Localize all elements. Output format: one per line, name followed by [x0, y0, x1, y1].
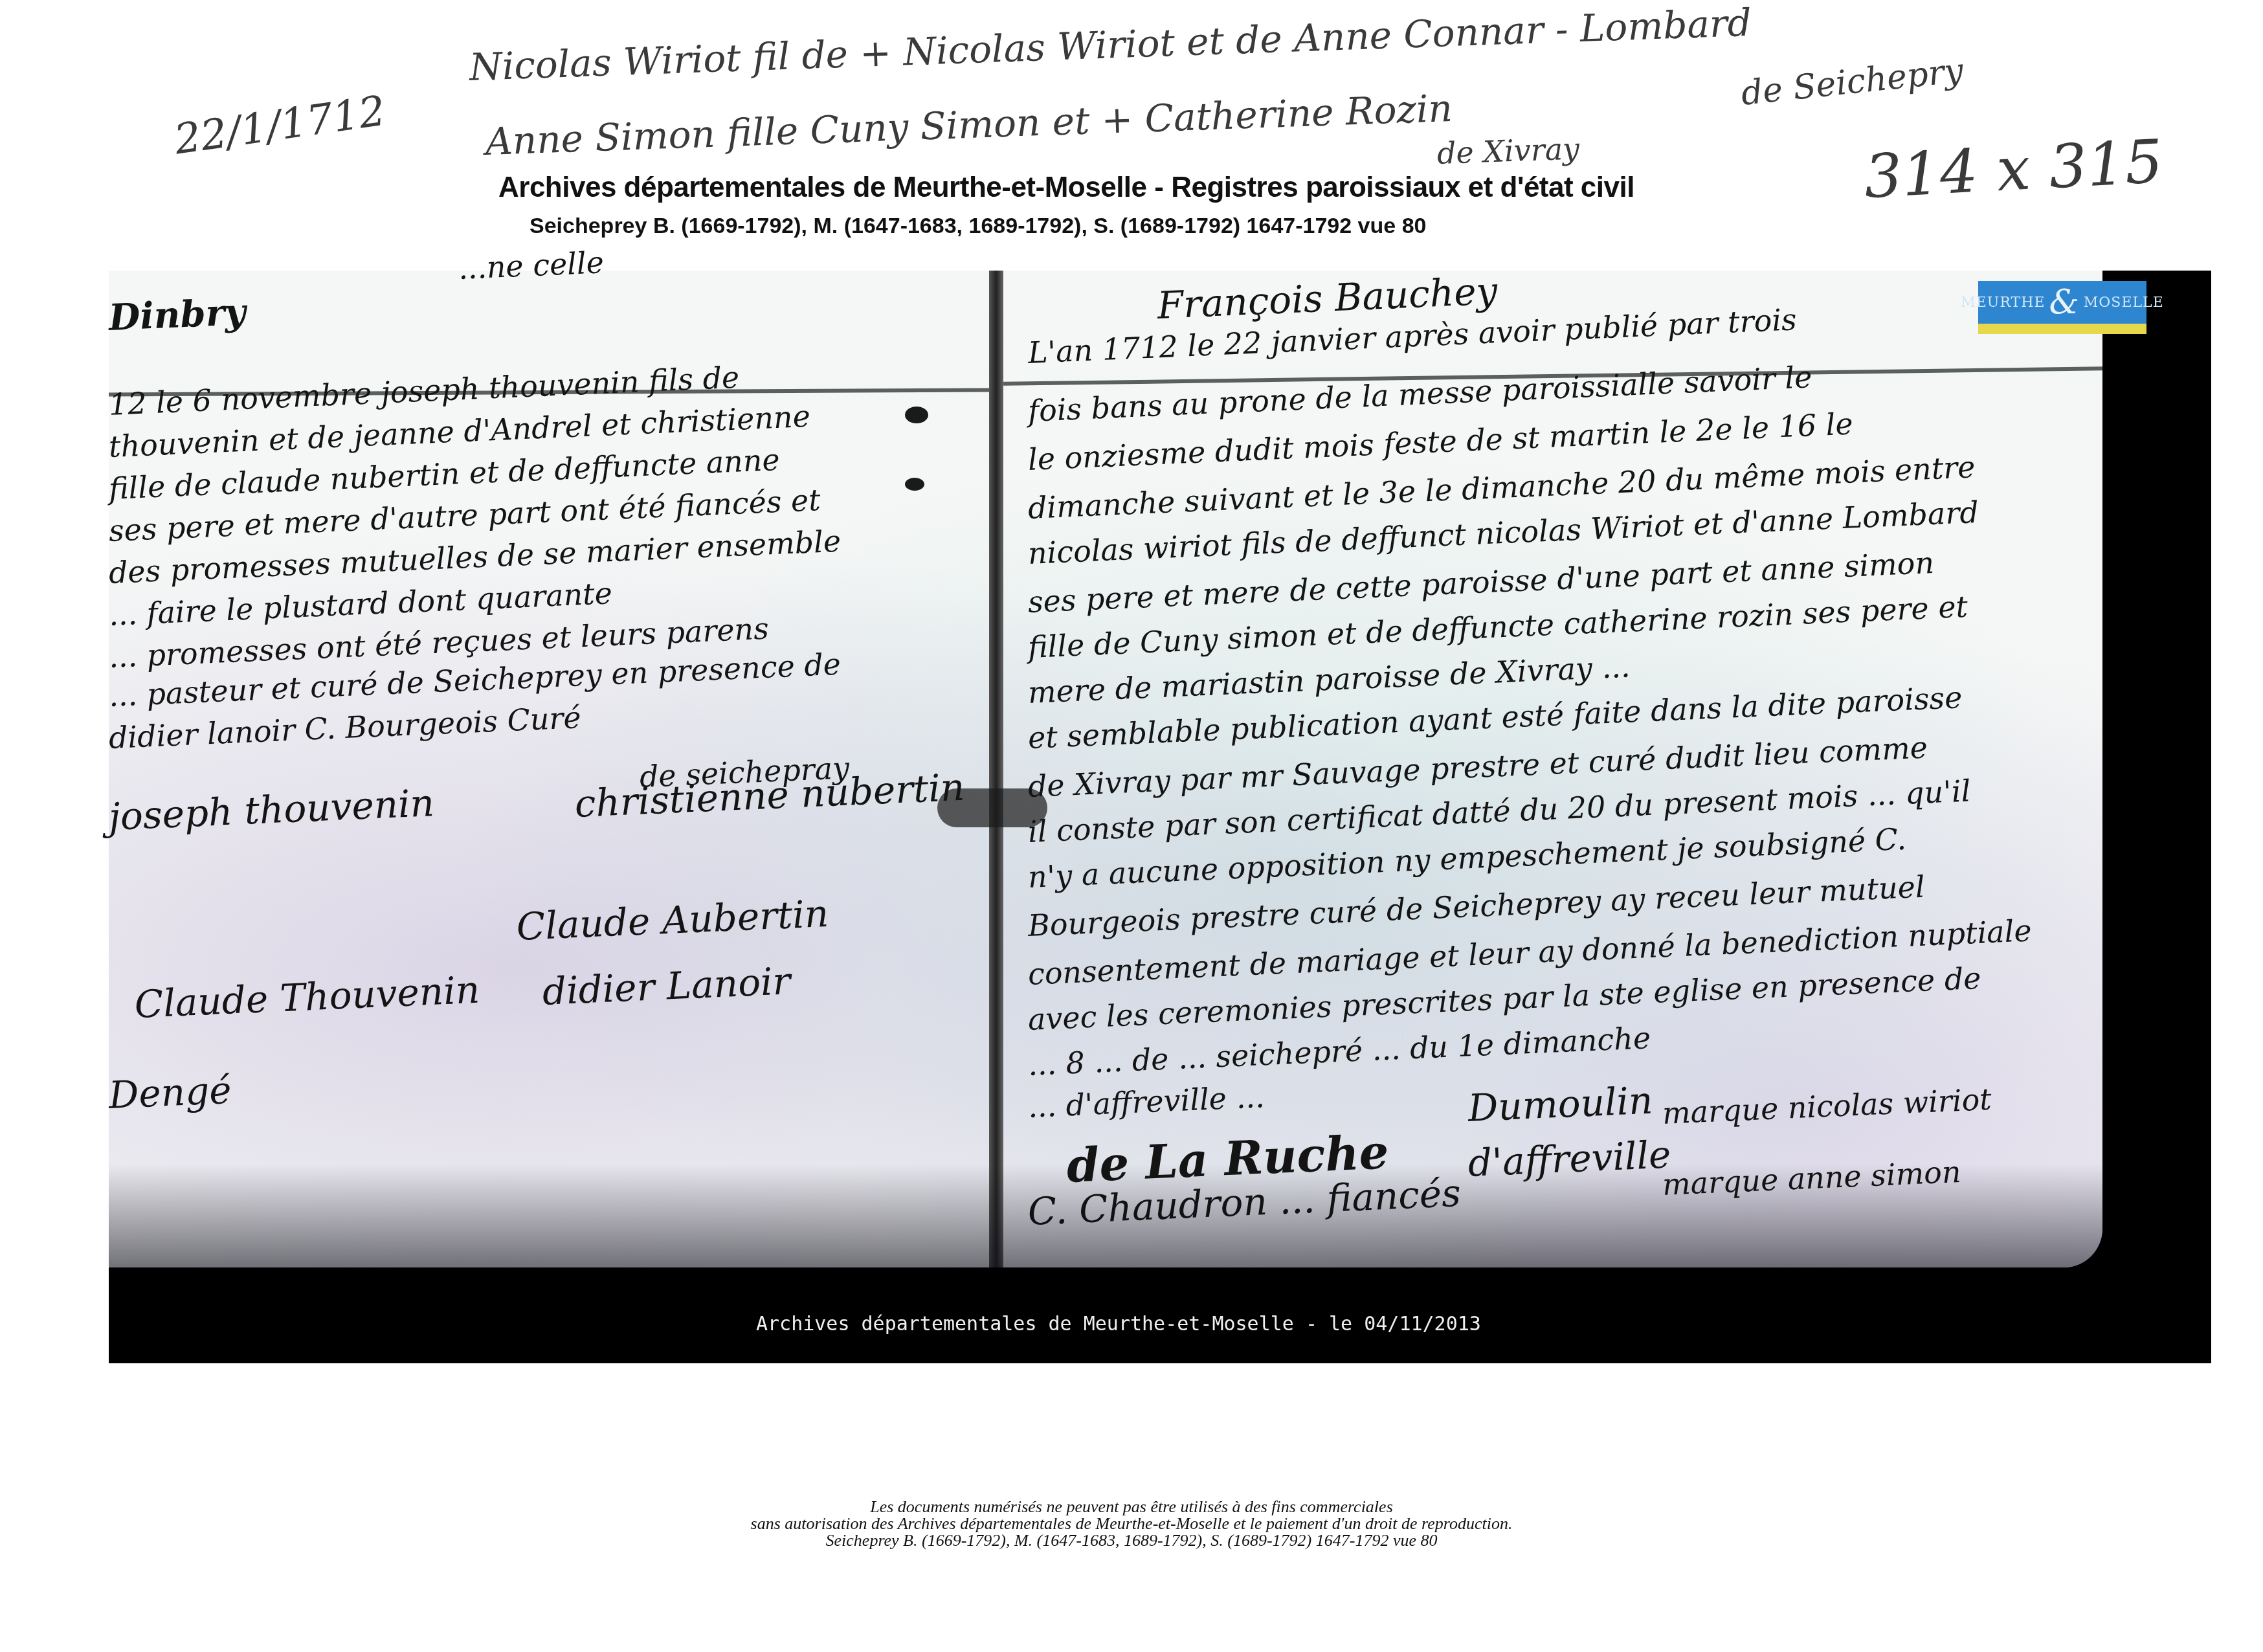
manuscript-line: Dinbry	[108, 291, 247, 339]
document-subtitle: Seicheprey B. (1669-1792), M. (1647-1683…	[530, 214, 1426, 239]
signature: Claude Aubertin	[516, 891, 830, 949]
handwritten-dimensions: 314 x 315	[1862, 127, 2165, 212]
ink-blot	[905, 478, 924, 491]
signature: joseph thouvenin	[108, 781, 436, 839]
signature: Claude Thouvenin	[134, 968, 481, 1027]
ampersand-icon: &	[2049, 283, 2079, 322]
signature: christienne nubertin	[574, 765, 966, 826]
register-page: ...ne celle Dinbry 12 le 6 novembre jose…	[109, 271, 2102, 1267]
signature: marque nicolas wiriot	[1662, 1082, 1992, 1131]
logo-banner: MEURTHE & MOSELLE	[1978, 281, 2146, 324]
ink-blot	[905, 407, 928, 423]
manuscript-line: ...ne celle	[458, 245, 605, 286]
usage-notice-line: sans autorisation des Archives départeme…	[0, 1515, 2263, 1532]
logo-right-word: MOSELLE	[2084, 295, 2164, 311]
logo-stripe	[1978, 324, 2146, 334]
usage-notice: Les documents numérisés ne peuvent pas ê…	[0, 1499, 2263, 1549]
signature: Dumoulin	[1467, 1078, 1654, 1130]
usage-notice-line: Seicheprey B. (1669-1792), M. (1647-1683…	[0, 1532, 2263, 1549]
logo-left-word: MEURTHE	[1961, 295, 2045, 311]
handwritten-groom-note: Nicolas Wiriot fil de + Nicolas Wiriot e…	[469, 1, 1752, 89]
signature: didier Lanoir	[542, 959, 792, 1014]
page-shadow	[109, 1164, 2102, 1267]
handwritten-date: 22/1/1712	[172, 87, 388, 164]
film-caption: Archives départementales de Meurthe-et-M…	[756, 1313, 1481, 1335]
handwritten-bride-origin: de Xivray	[1436, 131, 1580, 171]
manuscript-line: ... d'affreville ...	[1027, 1079, 1265, 1124]
meurthe-moselle-logo: MEURTHE & MOSELLE	[1978, 281, 2146, 338]
usage-notice-line: Les documents numérisés ne peuvent pas ê…	[0, 1499, 2263, 1515]
page-gutter	[989, 271, 1003, 1267]
signature: Dengé	[108, 1068, 232, 1117]
microfilm-image: ...ne celle Dinbry 12 le 6 novembre jose…	[109, 271, 2211, 1363]
handwritten-bride-note: Anne Simon fille Cuny Simon et + Catheri…	[485, 86, 1453, 164]
handwritten-groom-origin: de Seichepry	[1739, 51, 1965, 113]
document-title: Archives départementales de Meurthe-et-M…	[498, 172, 1634, 204]
